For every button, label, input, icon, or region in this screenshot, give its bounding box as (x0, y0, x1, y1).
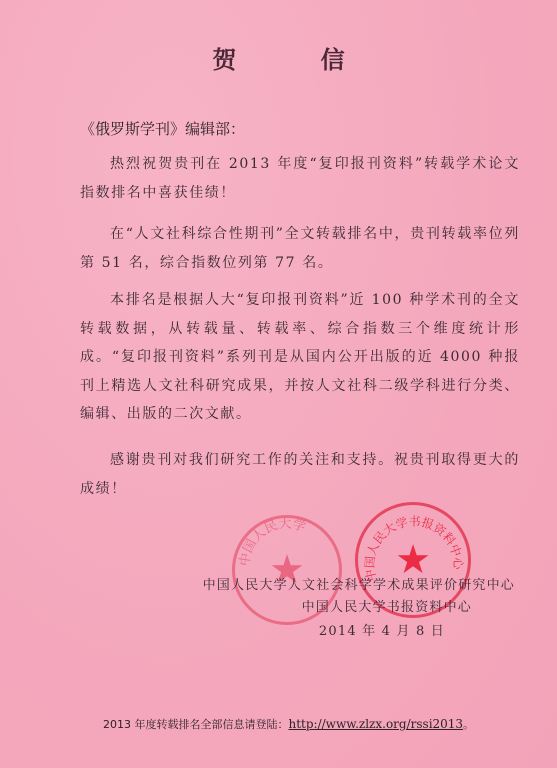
paragraph-congratulation: 热烈祝贺贵刊在 2013 年度“复印报刊资料”转载学术论文指数排名中喜获佳绩！ (80, 150, 520, 207)
footer-note: 2013 年度转载排名全部信息请登陆：http://www.zlzx.org/r… (103, 716, 474, 732)
letter-title: 贺 信 (0, 40, 557, 75)
paragraph-thanks: 感谢贵刊对我们研究工作的关注和支持。祝贵刊取得更大的成绩！ (80, 446, 520, 503)
signature-date: 2014 年 4 月 8 日 (105, 620, 445, 639)
ranking-link[interactable]: http://www.zlzx.org/rssi2013 (289, 717, 464, 731)
footer-suffix: 。 (463, 718, 474, 731)
paragraph-explanation: 本排名是根据人大“复印报刊资料”近 100 种学术刊的全文转载数据，从转载量、转… (80, 286, 520, 429)
signature-press-center: 中国人民大学书报资料中心 (132, 596, 472, 615)
salutation: 《俄罗斯学刊》编辑部： (80, 118, 245, 139)
letter-page: 贺 信 《俄罗斯学刊》编辑部： 热烈祝贺贵刊在 2013 年度“复印报刊资料”转… (0, 0, 557, 768)
signature-evaluation-center: 中国人民大学人文社会科学学术成果评价研究中心 (175, 574, 515, 593)
paragraph-ranking: 在“人文社科综合性期刊”全文转载排名中，贵刊转载率位列第 51 名，综合指数位列… (80, 220, 520, 277)
footer-text: 2013 年度转载排名全部信息请登陆： (103, 718, 289, 731)
